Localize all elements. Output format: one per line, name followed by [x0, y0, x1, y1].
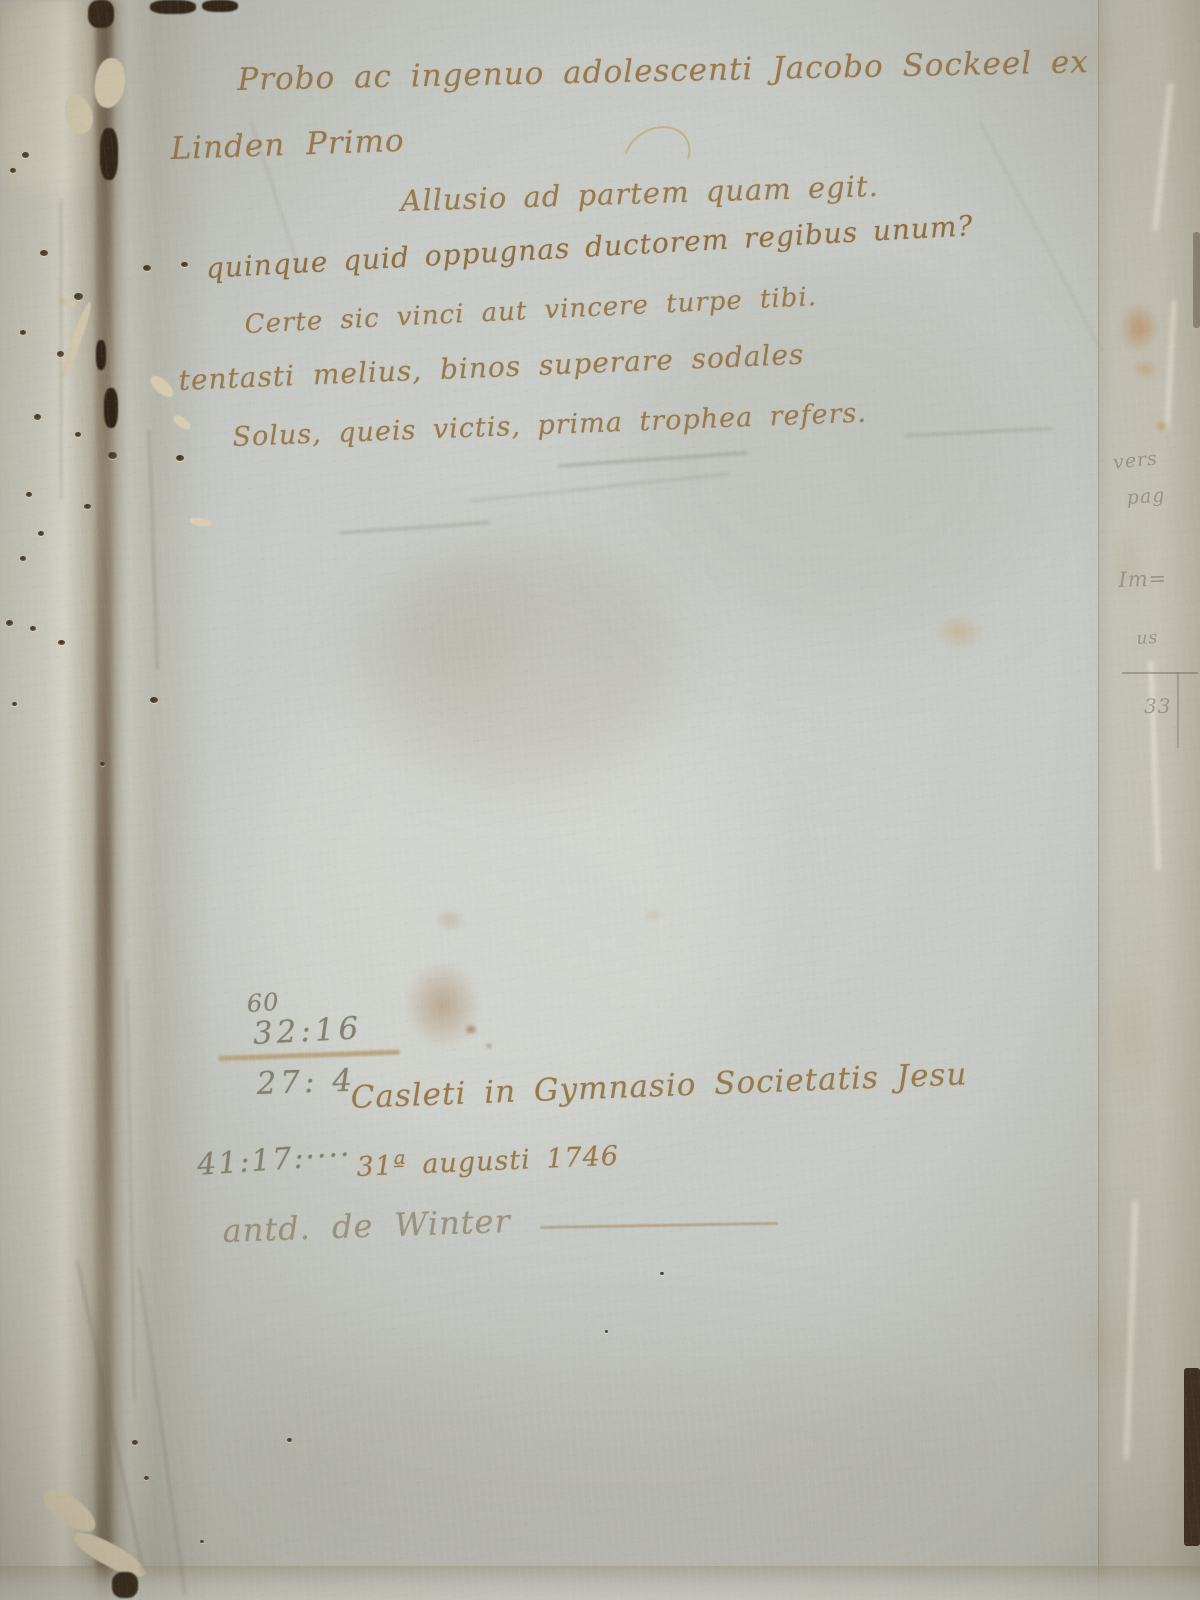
worm-hole: [287, 1438, 292, 1442]
worm-hole: [84, 504, 91, 509]
torn-edge-highlight: [1123, 1200, 1138, 1460]
manuscript-line-dedication: Probo ac ingenuo adolescenti Jacobo Sock…: [237, 44, 1089, 98]
worm-hole: [6, 620, 13, 626]
worm-hole: [143, 265, 151, 271]
worm-hole: [30, 626, 36, 631]
binding-edge-dark-small: [1193, 232, 1200, 328]
paper-chip: [147, 373, 177, 401]
worm-hole: [57, 351, 64, 357]
manuscript-line-verse3: tentasti melius, binos superare sodales: [178, 338, 805, 397]
edge-fragment-us: us: [1136, 628, 1159, 649]
edge-fragment-im: Im=: [1118, 566, 1168, 592]
page-stain: [1152, 418, 1172, 434]
paper-crease: [76, 1260, 144, 1573]
manuscript-line-dedication2: Linden Primo: [170, 123, 405, 167]
paper-crease: [558, 452, 748, 467]
numeral-27-4: 27: 4: [256, 1063, 357, 1102]
paper-crease: [60, 200, 62, 500]
paper-chip: [171, 413, 193, 432]
spine-damage-dark: [88, 0, 114, 28]
worm-hole: [20, 556, 26, 561]
spine-damage-dark: [104, 388, 118, 428]
page-stain: [1088, 950, 1173, 1120]
numeral-underline: [218, 1050, 400, 1061]
spine-damage-dark: [112, 1572, 138, 1598]
page-stain: [368, 538, 568, 748]
page-stain: [928, 610, 990, 654]
worm-hole: [75, 432, 81, 437]
worm-hole: [34, 414, 41, 420]
worm-hole: [22, 152, 29, 158]
spine-damage-dark: [150, 0, 196, 14]
paper-crease: [905, 427, 1053, 437]
torn-edge-highlight: [1165, 300, 1177, 430]
edge-fragment-33: 33: [1144, 694, 1171, 718]
numeral-60: 60: [246, 988, 280, 1018]
binding-edge-dark: [1184, 1368, 1200, 1546]
paper-chip: [38, 1483, 102, 1539]
paper-chip: [61, 91, 96, 136]
paper-crease: [978, 120, 1102, 351]
manuscript-line-title: Allusio ad partem quam egit.: [400, 169, 879, 218]
torn-edge-highlight: [1152, 82, 1174, 232]
worm-hole: [10, 168, 16, 173]
spine-damage-dark: [96, 340, 106, 370]
numeral-32-16: 32:16: [252, 1010, 363, 1052]
worm-hole: [605, 1330, 608, 1333]
underlying-page-edge: [1098, 0, 1200, 1600]
worm-hole: [132, 1440, 138, 1445]
page-stain: [1128, 356, 1162, 382]
worm-hole: [108, 452, 117, 459]
paper-crease: [340, 522, 490, 534]
numeral-41-17: 41:17:····: [196, 1137, 353, 1183]
worm-hole: [181, 262, 188, 267]
worm-hole: [38, 531, 44, 536]
edge-rule-horizontal: [1122, 672, 1198, 674]
paper-chip: [190, 517, 213, 528]
page-stain: [462, 1022, 480, 1037]
edge-fragment-pag: pag: [1126, 484, 1166, 509]
shadow-blob-bottom: [220, 1340, 980, 1560]
worm-hole: [176, 455, 184, 461]
paper-chip: [57, 296, 76, 308]
manuscript-signature: antd. de Winter: [222, 1202, 511, 1250]
page-stain: [395, 950, 490, 1060]
manuscript-line-verse4: Solus, queis victis, prima trophea refer…: [232, 398, 867, 453]
page-stain: [484, 1042, 494, 1050]
worm-hole: [12, 702, 17, 706]
page-spine: [0, 0, 210, 1600]
paper-crease: [126, 980, 135, 1400]
spine-top-cream: [0, 0, 96, 190]
manuscript-line-verse2: Certe sic vinci aut vincere turpe tibi.: [244, 282, 818, 340]
paper-crease: [470, 473, 729, 502]
worm-hole: [100, 762, 105, 766]
page-stain: [430, 905, 470, 935]
worm-hole: [74, 293, 83, 300]
manuscript-line-place: Casleti in Gymnasio Societatis Jesu: [350, 1056, 968, 1116]
spine-gutter: [96, 0, 112, 1600]
shadow-blob-top: [620, 280, 1040, 640]
worm-hole: [200, 1540, 204, 1543]
page-stain: [1108, 520, 1148, 610]
torn-edge-highlight: [1148, 660, 1160, 870]
manuscript-line-verse1: quinque quid oppugnas ductorem regibus u…: [205, 209, 974, 285]
worm-hole: [150, 697, 158, 703]
page-stain: [1114, 296, 1164, 360]
paper-chip: [59, 301, 95, 379]
edge-rule-vertical: [1177, 672, 1179, 748]
worm-hole: [58, 640, 65, 645]
page-stain: [1055, 1280, 1155, 1410]
paper-crease: [138, 1268, 186, 1595]
manuscript-photo: Probo ac ingenuo adolescenti Jacobo Sock…: [0, 0, 1200, 1600]
worm-hole: [26, 492, 32, 497]
spine-damage-dark: [202, 0, 238, 12]
worm-hole: [20, 330, 26, 335]
shadow-blob-center: [360, 540, 680, 780]
spine-damage-dark: [100, 128, 118, 180]
paper-chip: [70, 1527, 151, 1584]
worm-hole: [660, 1272, 664, 1275]
paper-chip: [91, 56, 129, 110]
page-bottom-edge: [0, 1566, 1200, 1600]
paper-crease: [148, 430, 158, 670]
worm-hole: [40, 250, 48, 256]
manuscript-line-date: 31ª augusti 1746: [356, 1141, 620, 1183]
edge-fragment-vers: vers: [1112, 447, 1159, 474]
signature-flourish: [540, 1222, 778, 1229]
page-stain: [640, 905, 666, 925]
worm-hole: [144, 1476, 149, 1480]
